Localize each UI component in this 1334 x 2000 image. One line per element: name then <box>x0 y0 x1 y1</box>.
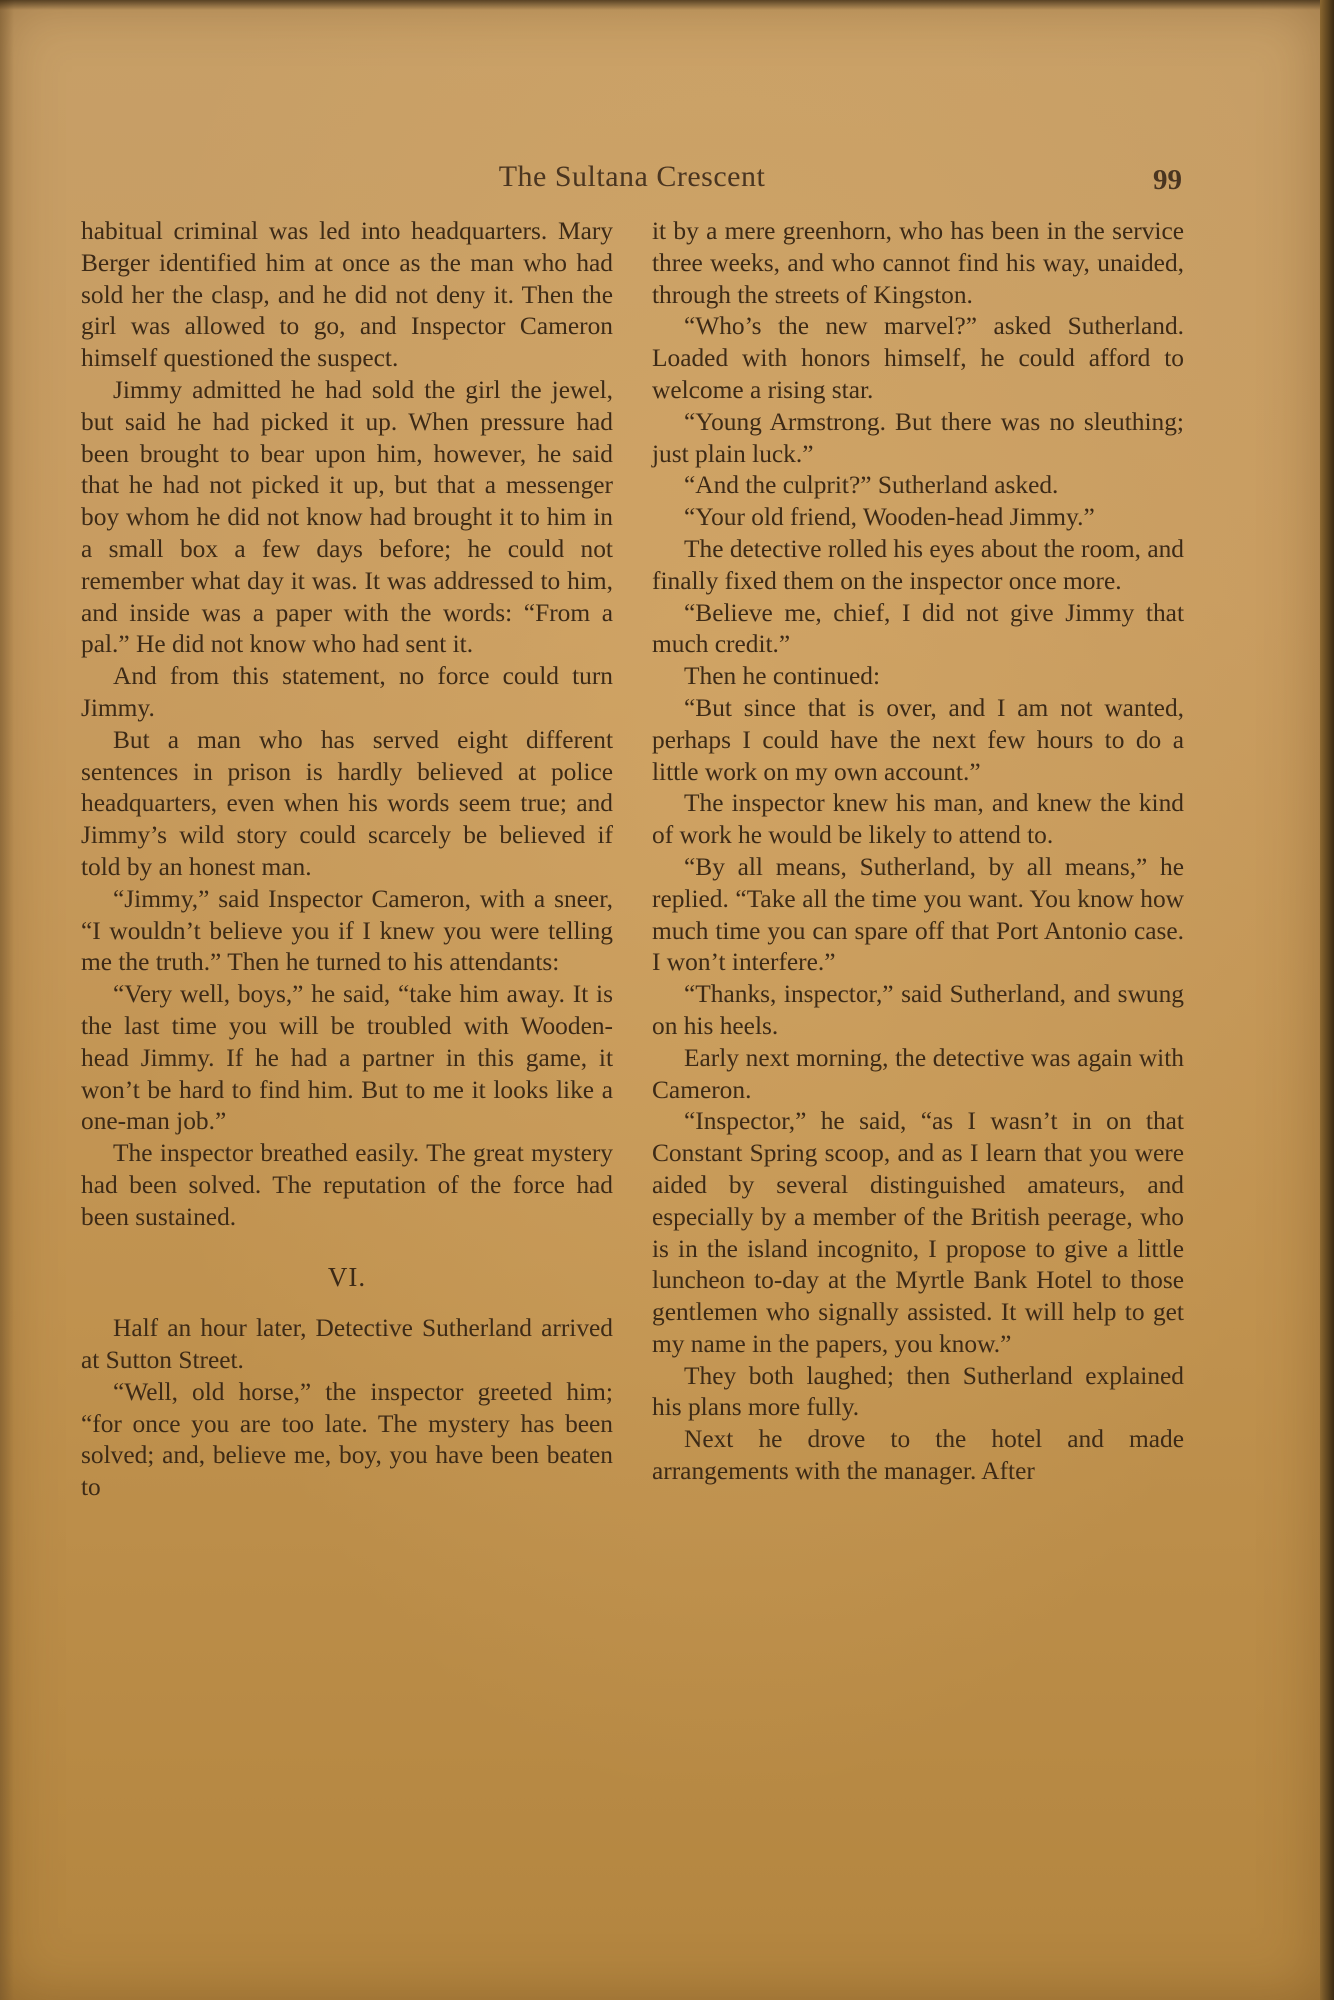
paragraph: They both laughed; then Sutherland expla… <box>652 1361 1184 1425</box>
paragraph: But a man who has served eight different… <box>81 725 613 884</box>
paragraph: “But since that is over, and I am not wa… <box>652 693 1184 788</box>
page-top-shadow <box>0 0 1334 10</box>
paragraph: “Thanks, inspector,” said Sutherland, an… <box>652 979 1184 1043</box>
paragraph: “Inspector,” he said, “as I wasn’t in on… <box>652 1106 1184 1360</box>
left-column: habitual criminal was led into headquart… <box>81 216 613 1504</box>
paragraph: “By all means, Sutherland, by all means,… <box>652 852 1184 979</box>
paragraph: The inspector knew his man, and knew the… <box>652 788 1184 852</box>
book-edge <box>1320 0 1334 2000</box>
running-title: The Sultana Crescent <box>82 160 1182 194</box>
right-column: it by a mere greenhorn, who has been in … <box>652 216 1184 1488</box>
book-page: The Sultana Crescent 99 habitual crimina… <box>0 0 1322 2000</box>
paragraph: “Believe me, chief, I did not give Jimmy… <box>652 598 1184 662</box>
paragraph: Then he continued: <box>652 661 1184 693</box>
section-heading: VI. <box>81 1262 613 1294</box>
paragraph: “Who’s the new marvel?” asked Sutherland… <box>652 311 1184 406</box>
paragraph: Early next morning, the detective was ag… <box>652 1043 1184 1107</box>
paragraph: Half an hour later, Detective Sutherland… <box>81 1313 613 1377</box>
paragraph: “Young Armstrong. But there was no sleut… <box>652 407 1184 471</box>
paragraph: it by a mere greenhorn, who has been in … <box>652 216 1184 311</box>
paragraph: The inspector breathed easily. The great… <box>81 1138 613 1233</box>
paragraph: “Well, old horse,” the inspector greeted… <box>81 1377 613 1504</box>
paragraph: Next he drove to the hotel and made arra… <box>652 1424 1184 1488</box>
paragraph: And from this statement, no force could … <box>81 661 613 725</box>
paragraph: The detective rolled his eyes about the … <box>652 534 1184 598</box>
paragraph: “Your old friend, Wooden-head Jimmy.” <box>652 502 1184 534</box>
page-number: 99 <box>1153 164 1182 197</box>
paragraph: “Very well, boys,” he said, “take him aw… <box>81 979 613 1138</box>
paragraph: Jimmy admitted he had sold the girl the … <box>81 375 613 661</box>
running-head: The Sultana Crescent 99 <box>82 160 1182 200</box>
paragraph: “Jimmy,” said Inspector Cameron, with a … <box>81 884 613 979</box>
paragraph: “And the culprit?” Sutherland asked. <box>652 470 1184 502</box>
paragraph: habitual criminal was led into headquart… <box>81 216 613 375</box>
